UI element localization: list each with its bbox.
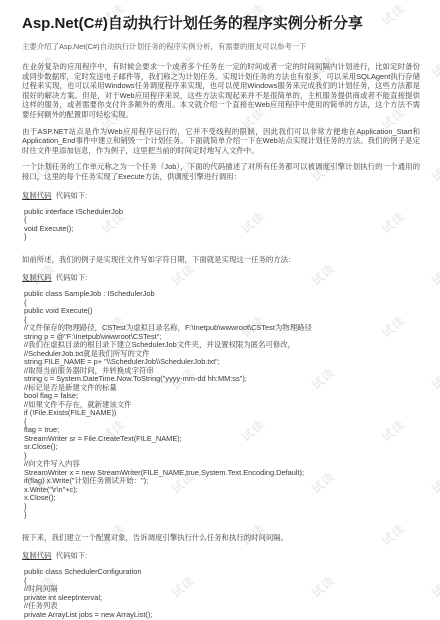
code-block-ischedulerjob: public interface ISchedulerJob { void Ex… [24,208,420,242]
article-subtitle: 主要介绍了Asp.Net(C#)自动执行计划任务的程序实例分析，有需要的朋友可以… [22,42,420,51]
copy-code-link[interactable]: 复制代码 [22,551,52,560]
paragraph-intro: 在业务复杂的应用程序中，有时候会要求一个或者多个任务在一定的时间或者一定的时间间… [22,62,420,120]
copy-code-line: 复制代码代码如下: [22,273,420,282]
paragraph-configuration-intro: 接下来，我们建立一个配置对象，告诉调度引擎执行什么任务和执行的时间间隔。 [22,533,420,543]
code-block-samplejob: public class SampleJob : ISchedulerJob {… [24,290,420,520]
copy-code-link[interactable]: 复制代码 [22,273,52,282]
copy-code-link[interactable]: 复制代码 [22,191,52,200]
article-title: Asp.Net(C#)自动执行计划任务的程序实例分析分享 [22,15,420,33]
copy-code-line: 复制代码代码如下: [22,191,420,200]
paragraph-samplejob-intro: 如前所述，我们的例子是实现往文件写如字符日期，下面就是实现这一任务的方法： [22,255,420,265]
code-intro-label: 代码如下: [56,273,88,282]
code-intro-label: 代码如下: [56,191,88,200]
document-page: 试读试读试读试读试读试读试读试读试读试读试读试读试读试读试读试读试读试读试读试读… [0,0,440,620]
paragraph-aspnet-threads: 由于ASP.NET站点是作为Web应用程序运行的，它并不受线程的限制，因此我们可… [22,127,420,156]
paragraph-job-interface: 一个计划任务的工作单元称之为一个任务（Job），下面的代码描述了对所有任务都可以… [22,162,420,181]
copy-code-line: 复制代码代码如下: [22,551,420,560]
code-intro-label: 代码如下: [56,551,88,560]
article-content: Asp.Net(C#)自动执行计划任务的程序实例分析分享 主要介绍了Asp.Ne… [0,0,440,619]
code-block-schedulerconfiguration: public class SchedulerConfiguration { //… [24,568,420,619]
